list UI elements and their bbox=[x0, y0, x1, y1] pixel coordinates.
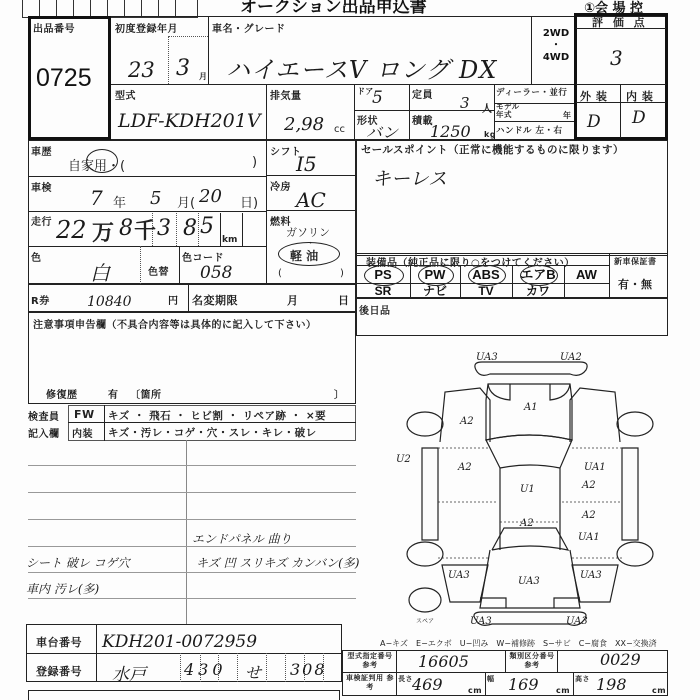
damage-mark-hood: A1 bbox=[524, 402, 538, 413]
shift-value: I5 bbox=[296, 152, 317, 176]
damage-mark-left-door: A2 bbox=[458, 462, 472, 473]
height-unit: cm bbox=[652, 686, 666, 695]
inspector-label-1: 検査員 bbox=[28, 408, 60, 423]
inspection-year-unit: 年 bbox=[113, 192, 126, 211]
length-label: 長さ bbox=[398, 674, 413, 684]
equipment-item[interactable]: ABS bbox=[460, 266, 512, 283]
registration-number: 308 bbox=[290, 660, 327, 679]
mileage-digit-hundreds: 3 bbox=[157, 216, 171, 241]
damage-mark-right-door-3: A2 bbox=[582, 510, 596, 521]
height-label: 高さ bbox=[575, 674, 590, 684]
notes-label: 注意事項申告欄（不具合内容等は具体的に記入して下さい） bbox=[33, 316, 317, 331]
doors-value: 5 bbox=[372, 88, 383, 108]
model-code-value: LDF-KDH201V bbox=[118, 110, 261, 132]
color-value: 白 bbox=[90, 257, 110, 286]
remark-left-1: シート 破レ コゲ穴 bbox=[26, 554, 130, 571]
drive-4wd[interactable]: 4WD bbox=[535, 52, 577, 64]
type-designation-label: 型式指定番号 参考 bbox=[344, 652, 396, 670]
capacity-unit: 人 bbox=[482, 100, 493, 115]
interior-label: 内 装 bbox=[626, 88, 653, 104]
equipment-item[interactable]: PW bbox=[410, 266, 460, 283]
name-change-day: 日 bbox=[338, 292, 350, 308]
inspector-label-2: 記入欄 bbox=[28, 425, 60, 440]
equipment-item[interactable]: PS bbox=[356, 266, 410, 283]
ac-label: 冷房 bbox=[270, 178, 291, 193]
inspection-month-unit: 月( bbox=[177, 192, 195, 211]
month-unit: 月 bbox=[199, 71, 208, 82]
car-name-value: ハイエースV ロング DX bbox=[226, 50, 497, 85]
certificate-label: 車検証判用 参考 bbox=[344, 674, 396, 692]
chassis-label: 車台番号 bbox=[36, 634, 82, 650]
load-value: 1250 bbox=[430, 122, 471, 141]
lot-number-label: 出品番号 bbox=[33, 20, 75, 35]
mileage-digit-ones: 5 bbox=[200, 214, 214, 239]
height-value: 198 bbox=[596, 675, 627, 694]
damage-mark-rear-roof: A2 bbox=[520, 518, 534, 529]
drive-2wd[interactable]: 2WD bbox=[535, 28, 577, 40]
displacement-value: 2,98 bbox=[284, 114, 324, 135]
color-code-value: 058 bbox=[200, 263, 232, 283]
color-code-label: 色コード bbox=[182, 249, 224, 264]
damage-mark-rear-bumper-left: UA3 bbox=[470, 616, 492, 627]
exterior-grade: D bbox=[587, 112, 601, 132]
damage-mark-roof: U1 bbox=[520, 484, 535, 495]
repair-place-close: 〕 bbox=[334, 386, 345, 401]
handle-label: ハンドル 左・右 bbox=[496, 124, 562, 136]
remark-right-1: エンドパネル 曲り bbox=[192, 530, 292, 547]
sales-points-section bbox=[356, 140, 668, 256]
type-designation-value: 16605 bbox=[418, 652, 469, 671]
later-items-label: 後日品 bbox=[359, 302, 391, 317]
ac-value: AC bbox=[296, 188, 326, 212]
history-close: ) bbox=[252, 155, 257, 170]
displacement-label: 排気量 bbox=[270, 87, 302, 102]
recycle-label: R券 bbox=[31, 292, 50, 307]
mileage-label: 走行 bbox=[31, 213, 52, 228]
model-year-label: モデル年式 bbox=[496, 103, 526, 119]
width-value: 169 bbox=[508, 675, 539, 694]
interior-defect-label: 内装 bbox=[72, 425, 93, 440]
sales-points-value: キーレス bbox=[372, 164, 447, 191]
length-unit: cm bbox=[468, 686, 482, 695]
recycle-unit: 円 bbox=[168, 292, 179, 307]
fw-label: FW bbox=[74, 408, 95, 421]
first-registration-month: 3 bbox=[176, 56, 190, 81]
damage-mark-right-door-1: UA1 bbox=[584, 462, 606, 473]
name-change-label: 名変期限 bbox=[192, 292, 238, 308]
mileage-unit: km bbox=[222, 235, 237, 245]
damage-legend: A−キズ E−エクボ U−凹み W−補修跡 S−サビ C−腐食 XX−交換済 bbox=[380, 638, 657, 649]
damage-mark-left-side: U2 bbox=[396, 454, 411, 465]
score-value: 3 bbox=[610, 46, 623, 70]
inspection-year: 7 bbox=[90, 186, 103, 210]
repair-place-label: 〔箇所 bbox=[130, 386, 162, 401]
displacement-unit: cc bbox=[334, 124, 345, 135]
bottom-extra-box bbox=[28, 690, 340, 700]
inspection-day: 20 bbox=[199, 186, 222, 207]
damage-mark-right-door-4: UA1 bbox=[578, 532, 600, 543]
length-value: 469 bbox=[412, 675, 443, 694]
width-label: 幅 bbox=[487, 674, 495, 684]
registration-kana: せ bbox=[245, 660, 261, 683]
sales-points-label: セールスポイント（正常に機能するものに限ります） bbox=[361, 142, 624, 157]
damage-mark-rear-right-quarter: UA3 bbox=[580, 570, 602, 581]
color-label: 色 bbox=[31, 249, 42, 264]
dealer-label: ディーラー・並行 bbox=[496, 86, 567, 98]
lot-number-value: 0725 bbox=[36, 64, 92, 93]
first-registration-label: 初度登録年月 bbox=[115, 20, 178, 35]
repair-history-label: 修復歴 bbox=[46, 386, 78, 401]
equipment-item[interactable]: AW bbox=[564, 266, 609, 283]
category-number-value: 0029 bbox=[600, 650, 641, 669]
fuel-paren-close: ) bbox=[340, 268, 344, 279]
damage-mark-front-bumper-right: UA2 bbox=[560, 352, 582, 363]
damage-mark-front-left-fender: A2 bbox=[460, 416, 474, 427]
interior-grade: D bbox=[632, 108, 646, 128]
model-year-unit: 年 bbox=[563, 110, 572, 121]
width-unit: cm bbox=[556, 686, 570, 695]
remark-left-2: 車内 汚レ(多) bbox=[26, 580, 99, 597]
damage-mark-rear-left-quarter: UA3 bbox=[448, 570, 470, 581]
score-label: 評 価 点 bbox=[592, 14, 648, 30]
model-code-label: 型式 bbox=[115, 87, 136, 102]
history-label: 車歴 bbox=[31, 143, 52, 158]
top-stamp-boxes bbox=[22, 0, 198, 8]
car-name-label: 車名・グレード bbox=[212, 20, 286, 35]
drive-options: 2WD ・ 4WD bbox=[535, 28, 577, 64]
inspection-label: 車検 bbox=[31, 179, 52, 194]
color-change-label: 色替 bbox=[148, 263, 169, 278]
equipment-item[interactable]: エアB bbox=[512, 266, 564, 283]
history-selected-circle bbox=[86, 149, 118, 173]
spare-tire-label: スペア bbox=[416, 616, 434, 625]
drive-separator: ・ bbox=[535, 40, 577, 52]
mileage-man-unit: 万 bbox=[92, 216, 114, 247]
damage-mark-back-door: UA3 bbox=[518, 576, 540, 587]
exterior-label: 外 装 bbox=[580, 88, 607, 104]
warranty-label: 新車保証書 bbox=[614, 256, 657, 267]
first-registration-year: 23 bbox=[128, 58, 155, 82]
remark-right-2: キズ 凹 スリキズ カンバン(多) bbox=[196, 554, 360, 571]
damage-mark-rear-bumper-right: UA3 bbox=[566, 616, 588, 627]
warranty-value[interactable]: 有・無 bbox=[618, 276, 653, 292]
recycle-value: 10840 bbox=[87, 294, 132, 310]
fuel-paren-open: ( bbox=[278, 268, 282, 279]
interior-defect-items: キズ・汚レ・コゲ・穴・スレ・キレ・破レ bbox=[108, 425, 317, 440]
registration-label: 登録番号 bbox=[36, 663, 82, 679]
form-title: オークション出品申込書 bbox=[240, 0, 427, 17]
category-number-label: 類別区分番号 参考 bbox=[507, 652, 557, 670]
name-change-month: 月 bbox=[287, 292, 299, 308]
fuel-selected-circle bbox=[278, 242, 340, 266]
mileage-sen: 8 bbox=[119, 216, 133, 241]
mileage-digit-tens: 8 bbox=[183, 216, 197, 241]
fw-items: キズ ・ 飛石 ・ ヒビ割 ・ リペア跡 ・ ×要 bbox=[108, 408, 326, 423]
later-items-section bbox=[356, 298, 668, 336]
registration-area: 水戸 bbox=[112, 660, 146, 685]
repair-history-value[interactable]: 有 bbox=[108, 386, 119, 401]
inspection-day-unit: 日) bbox=[240, 192, 258, 211]
damage-mark-right-door-2: A2 bbox=[582, 480, 596, 491]
chassis-value: KDH201-0072959 bbox=[102, 632, 257, 652]
registration-class: 430 bbox=[184, 660, 227, 679]
mileage-man: 22 bbox=[56, 216, 87, 244]
damage-mark-front-bumper-left: UA3 bbox=[476, 352, 498, 363]
inspection-month: 5 bbox=[150, 188, 161, 209]
capacity-label: 定員 bbox=[412, 86, 433, 101]
